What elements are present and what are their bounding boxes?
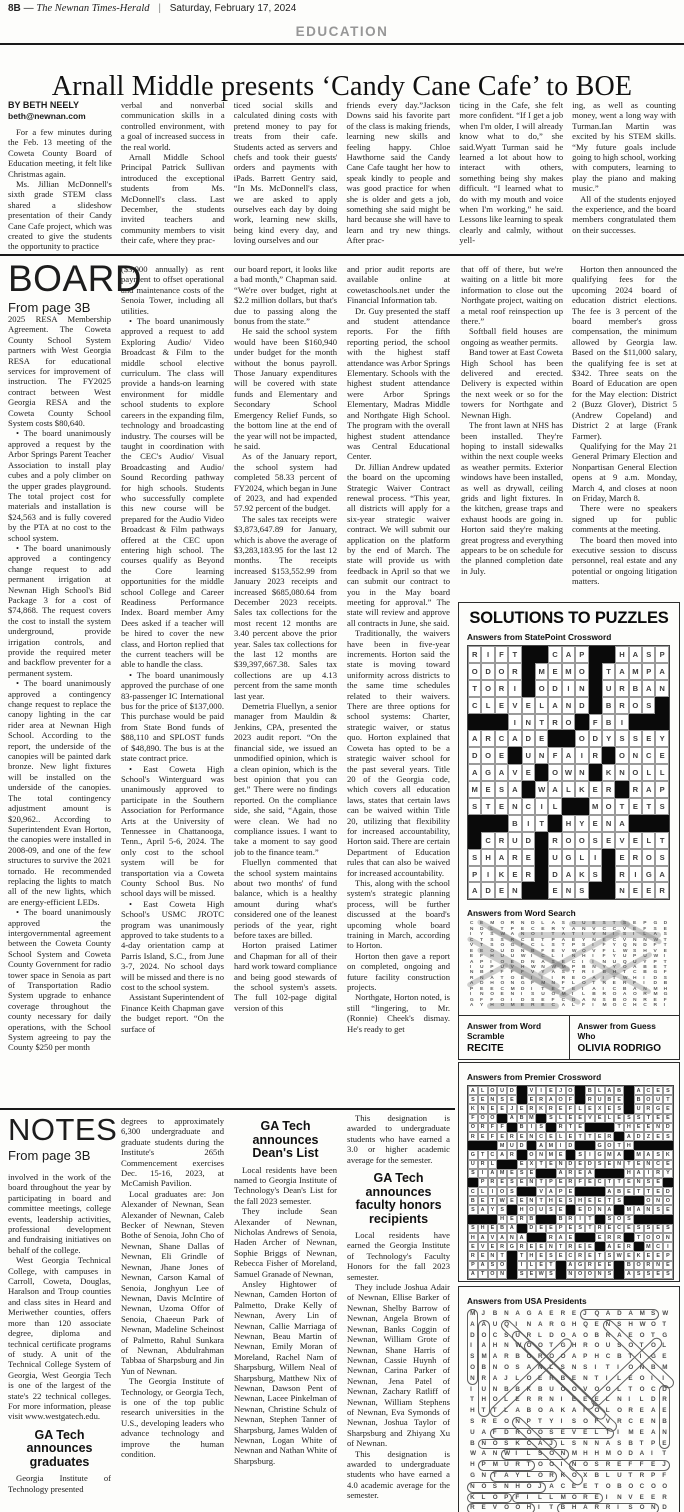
crossword-cell: B bbox=[614, 1187, 624, 1196]
crossword-cell bbox=[517, 1224, 527, 1233]
crossword-cell: N bbox=[653, 1196, 663, 1205]
crossword-cell: S bbox=[644, 1224, 654, 1233]
crossword-cell bbox=[585, 1233, 595, 1242]
crossword-cell: O bbox=[488, 1270, 498, 1279]
crossword-cell: E bbox=[527, 1095, 537, 1104]
wordsearch-letter: H bbox=[515, 1482, 520, 1493]
crossword-cell: O bbox=[497, 1261, 507, 1270]
crossword-cell: I bbox=[575, 747, 588, 764]
crossword-cell bbox=[507, 1270, 517, 1279]
wordsearch-letter: B bbox=[493, 1309, 498, 1320]
crossword-cell: E bbox=[497, 1132, 507, 1141]
wordsearch-letter: N bbox=[470, 1374, 475, 1385]
crossword-cell: G bbox=[595, 1141, 605, 1150]
wordsearch-letter: A bbox=[572, 1352, 577, 1363]
crossword-cell: B bbox=[629, 680, 642, 697]
crossword-cell: E bbox=[585, 1242, 595, 1251]
crossword-cell: E bbox=[595, 1132, 605, 1141]
wordsearch-letter: C bbox=[527, 1439, 532, 1450]
crossword-cell: Y bbox=[655, 730, 668, 747]
wordsearch-letter: I bbox=[561, 1395, 563, 1406]
wordsearch-letter: V bbox=[572, 1428, 576, 1439]
wordsearch-letter: C bbox=[640, 1482, 645, 1493]
crossword-cell: I bbox=[535, 798, 548, 815]
crossword-cell bbox=[655, 714, 668, 731]
crossword-cell: I bbox=[508, 680, 521, 697]
crossword-cell: G bbox=[507, 1242, 517, 1251]
crossword-cell: N bbox=[556, 1160, 566, 1169]
crossword-cell: E bbox=[595, 1114, 605, 1123]
wordsearch-letter: E bbox=[594, 1493, 598, 1504]
wordsearch-letter: S bbox=[549, 1428, 553, 1439]
wordsearch-letter: A bbox=[481, 1449, 486, 1460]
wordsearch-letter: H bbox=[470, 1406, 475, 1417]
wordsearch-letter: N bbox=[481, 1471, 486, 1482]
crossword-cell: M bbox=[546, 1141, 556, 1150]
crossword-cell: B bbox=[624, 1261, 634, 1270]
crossword-cell: A bbox=[478, 1261, 488, 1270]
wordsearch-letter: S bbox=[594, 1460, 598, 1471]
wordsearch-answer-grid: CEMORNDLASGUESTSEPGDNDLTPECERYANVCCVEFSE… bbox=[467, 921, 671, 1008]
crossword-cell: G bbox=[595, 1150, 605, 1159]
paragraph: The front lawn at NHS has been installed… bbox=[461, 420, 563, 576]
crossword-cell: R bbox=[566, 1178, 576, 1187]
crossword-cell: E bbox=[629, 798, 642, 815]
wordsearch-letter: S bbox=[504, 1331, 508, 1342]
wordsearch-letter: R bbox=[470, 1503, 475, 1512]
crossword-cell: C bbox=[481, 832, 494, 849]
crossword-cell bbox=[634, 1141, 644, 1150]
crossword-cell: U bbox=[497, 1086, 507, 1095]
crossword-cell: E bbox=[527, 1270, 537, 1279]
crossword-cell: T bbox=[614, 1123, 624, 1132]
board-column-6: Horton then announced the qualifying fee… bbox=[572, 264, 677, 600]
article-column-2: verbal and nonverbal communication skill… bbox=[121, 100, 225, 253]
crossword-cell: U bbox=[548, 849, 561, 866]
crossword-cell bbox=[575, 1095, 585, 1104]
wordsearch-letter: N bbox=[493, 1363, 498, 1374]
main-article: BY BETH NEELY beth@newnan.com For a few … bbox=[8, 100, 676, 253]
wordsearch-letter: B bbox=[617, 1482, 622, 1493]
crossword-cell: L bbox=[481, 697, 494, 714]
crossword-cell bbox=[624, 1150, 634, 1159]
wordsearch-letter: U bbox=[617, 1471, 622, 1482]
crossword-cell bbox=[508, 747, 521, 764]
wordsearch-letter: D bbox=[470, 1331, 475, 1342]
paragraph: Local residents have been named to Georg… bbox=[234, 1165, 337, 1207]
wordsearch-letter: R bbox=[594, 1503, 599, 1512]
crossword-cell: S bbox=[614, 1104, 624, 1113]
wordsearch-letter: M bbox=[640, 1309, 645, 1320]
wordsearch-letter: H bbox=[493, 1341, 498, 1352]
paragraph: Dr. Guy presented the staff and student … bbox=[347, 306, 450, 462]
wordsearch-letter: E bbox=[493, 1417, 497, 1428]
crossword-cell: E bbox=[595, 1196, 605, 1205]
crossword-cell: T bbox=[517, 1251, 527, 1260]
wordsearch-letter: A bbox=[572, 1331, 577, 1342]
crossword-cell: E bbox=[655, 747, 668, 764]
paragraph: ticed social skills and calculated dinin… bbox=[234, 100, 338, 246]
crossword-cell: A bbox=[585, 1169, 595, 1178]
crossword-cell: C bbox=[488, 1150, 498, 1159]
crossword-cell: S bbox=[546, 1114, 556, 1123]
wordsearch-letter: O bbox=[594, 1341, 599, 1352]
masthead: 8B — The Newnan Times-Herald | Saturday,… bbox=[8, 3, 676, 18]
crossword-cell: O bbox=[556, 1095, 566, 1104]
crossword-cell: S bbox=[507, 1178, 517, 1187]
crossword-cell: O bbox=[535, 680, 548, 697]
crossword-cell: N bbox=[644, 1160, 654, 1169]
crossword-cell: O bbox=[602, 798, 615, 815]
crossword-cell: R bbox=[508, 849, 521, 866]
crossword-cell: E bbox=[478, 1196, 488, 1205]
crossword-cell: J bbox=[507, 1104, 517, 1113]
paragraph: They include Sean Alexander of Newnan, N… bbox=[234, 1206, 337, 1279]
byline-author: BY BETH NEELY bbox=[8, 100, 112, 111]
wordsearch-letter: L bbox=[481, 1493, 485, 1504]
guess-who-cell: Answer from Guess Who OLIVIA RODRIGO bbox=[569, 1016, 680, 1060]
crossword-cell: R bbox=[629, 781, 642, 798]
wordsearch-letter: S bbox=[561, 1363, 565, 1374]
crossword-cell: N bbox=[595, 1270, 605, 1279]
paper-name: The Newnan Times-Herald bbox=[36, 3, 149, 14]
wordsearch-letter: T bbox=[549, 1341, 553, 1352]
crossword-cell: L bbox=[642, 764, 655, 781]
wordsearch-letter: A bbox=[640, 1449, 645, 1460]
wordsearch-letter: N bbox=[493, 1449, 498, 1460]
crossword-cell: N bbox=[653, 1261, 663, 1270]
wordsearch-letter: O bbox=[613, 1003, 617, 1008]
wordsearch-letter: G bbox=[561, 1341, 566, 1352]
crossword-cell: O bbox=[575, 663, 588, 680]
wordsearch-letter: N bbox=[572, 1460, 577, 1471]
wordsearch-letter: L bbox=[549, 1493, 553, 1504]
crossword-cell: R bbox=[508, 663, 521, 680]
presidents-box: Answers from USA Presidents MJBNAGAEREJQ… bbox=[458, 1286, 680, 1512]
crossword-cell: T bbox=[655, 832, 668, 849]
crossword-cell bbox=[653, 1141, 663, 1150]
crossword-cell: N bbox=[535, 747, 548, 764]
crossword-cell bbox=[624, 1104, 634, 1113]
crossword-cell: R bbox=[566, 1242, 576, 1251]
crossword-cell: E bbox=[653, 1178, 663, 1187]
premier-box: Answers from Premier Crossword ALOUDVIEJ… bbox=[458, 1062, 680, 1282]
crossword-cell: K bbox=[468, 1104, 478, 1113]
wordsearch-letter: E bbox=[481, 1503, 485, 1512]
crossword-cell: R bbox=[575, 1251, 585, 1260]
wordsearch-letter: G bbox=[561, 1320, 566, 1331]
wordsearch-letter: X bbox=[583, 1471, 587, 1482]
crossword-cell: V bbox=[536, 1187, 546, 1196]
paragraph: ($3,000 annually) as rent payment to off… bbox=[121, 264, 224, 316]
wordsearch-letter: I bbox=[470, 1385, 472, 1396]
paragraph: • The board unanimously approved a reque… bbox=[8, 428, 111, 542]
wordsearch-letter: P bbox=[481, 1460, 485, 1471]
crossword-cell: E bbox=[478, 1132, 488, 1141]
crossword-cell: E bbox=[536, 1251, 546, 1260]
paragraph: Dr. Jillian Andrew updated the board on … bbox=[347, 462, 450, 629]
crossword-cell: A bbox=[546, 1187, 556, 1196]
crossword-cell bbox=[546, 1123, 556, 1132]
crossword-cell bbox=[629, 714, 642, 731]
crossword-cell: S bbox=[663, 1224, 673, 1233]
crossword-cell: S bbox=[546, 1270, 556, 1279]
crossword-cell: N bbox=[488, 1251, 498, 1260]
presidents-label: Answers from USA Presidents bbox=[467, 1296, 671, 1306]
crossword-cell: A bbox=[566, 1261, 576, 1270]
wordsearch-letter: N bbox=[527, 1320, 532, 1331]
wordsearch-letter: T bbox=[628, 1352, 632, 1363]
wordsearch-letter: I bbox=[651, 1374, 653, 1385]
crossword-cell: N bbox=[575, 764, 588, 781]
crossword-cell: P bbox=[468, 1261, 478, 1270]
crossword-cell: C bbox=[595, 1178, 605, 1187]
wordsearch-letter: A bbox=[651, 1406, 656, 1417]
crossword-cell: S bbox=[575, 1150, 585, 1159]
wordsearch-letter: R bbox=[583, 1341, 588, 1352]
wordsearch-letter: L bbox=[572, 1003, 575, 1008]
wordsearch-letter: V bbox=[606, 1417, 610, 1428]
wordsearch-letter: T bbox=[527, 1460, 531, 1471]
crossword-cell: A bbox=[507, 1224, 517, 1233]
crossword-cell bbox=[536, 1233, 546, 1242]
crossword-cell: B bbox=[508, 815, 521, 832]
crossword-cell bbox=[536, 1215, 546, 1224]
crossword-cell: R bbox=[624, 1242, 634, 1251]
crossword-cell: T bbox=[566, 1123, 576, 1132]
wordsearch-letter: L bbox=[606, 1395, 610, 1406]
wordsearch-letter: A bbox=[504, 1471, 509, 1482]
crossword-cell: E bbox=[495, 697, 508, 714]
wordsearch-letter: R bbox=[628, 1406, 633, 1417]
crossword-cell: O bbox=[481, 680, 494, 697]
crossword-cell: T bbox=[614, 1141, 624, 1150]
presidents-answer-grid: MJBNAGAEREJQADAMSWAAUQINARGHQENSHWOTDOCS… bbox=[467, 1309, 670, 1512]
wordsearch-letter: G bbox=[470, 1471, 475, 1482]
wordsearch-letter: A bbox=[606, 1309, 611, 1320]
crossword-cell: A bbox=[495, 849, 508, 866]
crossword-cell bbox=[653, 1215, 663, 1224]
crossword-cell: T bbox=[478, 1270, 488, 1279]
wordsearch-letter: E bbox=[640, 1493, 644, 1504]
crossword-cell: C bbox=[495, 730, 508, 747]
paragraph: Softball field houses are ongoing as wea… bbox=[461, 326, 563, 347]
crossword-cell: G bbox=[653, 1104, 663, 1113]
crossword-cell: R bbox=[507, 1132, 517, 1141]
crossword-cell: O bbox=[495, 663, 508, 680]
wordsearch-letter: A bbox=[493, 1374, 498, 1385]
wordsearch-letter: A bbox=[493, 1352, 498, 1363]
crossword-cell: D bbox=[575, 697, 588, 714]
wordsearch-letter: B bbox=[561, 1503, 566, 1512]
crossword-cell: C bbox=[468, 1187, 478, 1196]
crossword-cell: M bbox=[605, 1150, 615, 1159]
crossword-cell: R bbox=[595, 1224, 605, 1233]
notes-from-page: From page 3B bbox=[8, 1148, 117, 1163]
crossword-cell: E bbox=[629, 882, 642, 899]
wordsearch-letter: T bbox=[481, 1406, 485, 1417]
crossword-cell: M bbox=[644, 1242, 654, 1251]
crossword-cell: O bbox=[644, 1233, 654, 1242]
crossword-cell bbox=[497, 1114, 507, 1123]
crossword-cell: E bbox=[624, 1178, 634, 1187]
crossword-cell: O bbox=[488, 1114, 498, 1123]
wordsearch-letter: E bbox=[572, 1395, 576, 1406]
crossword-cell: F bbox=[488, 1132, 498, 1141]
wordsearch-letter: N bbox=[606, 1320, 611, 1331]
crossword-cell: K bbox=[536, 1104, 546, 1113]
crossword-cell: T bbox=[468, 680, 481, 697]
wordsearch-letter: A bbox=[617, 1331, 622, 1342]
paragraph: West Georgia Technical College, with cam… bbox=[8, 1255, 111, 1422]
wordsearch-letter: R bbox=[606, 1460, 611, 1471]
crossword-cell: E bbox=[566, 1233, 576, 1242]
wordsearch-letter: U bbox=[504, 1460, 509, 1471]
crossword-cell: A bbox=[556, 1169, 566, 1178]
crossword-cell: A bbox=[605, 1242, 615, 1251]
crossword-cell: S bbox=[655, 849, 668, 866]
wordsearch-letter: F bbox=[640, 1460, 644, 1471]
crossword-cell: A bbox=[642, 781, 655, 798]
wordsearch-letter: M bbox=[470, 1309, 475, 1320]
crossword-cell: E bbox=[642, 730, 655, 747]
wordsearch-letter: O bbox=[640, 1374, 645, 1385]
wordsearch-letter: L bbox=[594, 1428, 598, 1439]
wordsearch-letter: R bbox=[606, 1503, 611, 1512]
article-subhead: GA Tech announces faculty honors recipie… bbox=[347, 1172, 450, 1226]
crossword-cell: D bbox=[566, 1141, 576, 1150]
wordsearch-letter: A bbox=[549, 1482, 554, 1493]
wordsearch-letter: O bbox=[527, 1374, 532, 1385]
crossword-cell: E bbox=[481, 781, 494, 798]
crossword-cell bbox=[629, 815, 642, 832]
crossword-cell: M bbox=[546, 1150, 556, 1159]
wordsearch-letter: N bbox=[504, 1482, 509, 1493]
wordsearch-letter: O bbox=[527, 1482, 532, 1493]
crossword-cell bbox=[535, 882, 548, 899]
guess-who-answer: OLIVIA RODRIGO bbox=[578, 1043, 672, 1054]
crossword-cell: O bbox=[566, 1086, 576, 1095]
crossword-cell bbox=[562, 798, 575, 815]
crossword-cell: B bbox=[497, 1224, 507, 1233]
crossword-cell: S bbox=[644, 1270, 654, 1279]
crossword-cell bbox=[546, 1215, 556, 1224]
crossword-cell: N bbox=[536, 1150, 546, 1159]
crossword-cell: O bbox=[575, 832, 588, 849]
crossword-cell: V bbox=[527, 1086, 537, 1095]
wordsearch-letter: B bbox=[561, 1374, 566, 1385]
crossword-cell bbox=[468, 1215, 478, 1224]
crossword-cell: E bbox=[556, 1205, 566, 1214]
crossword-cell: I bbox=[629, 866, 642, 883]
crossword-cell: M bbox=[629, 663, 642, 680]
wordsearch-letter: P bbox=[651, 1439, 655, 1450]
wordsearch-letter: O bbox=[481, 1331, 486, 1342]
crossword-cell: L bbox=[575, 1104, 585, 1113]
crossword-cell: S bbox=[517, 1270, 527, 1279]
crossword-cell: O bbox=[663, 1196, 673, 1205]
crossword-cell: H bbox=[615, 646, 628, 663]
crossword-cell: D bbox=[589, 730, 602, 747]
wordsearch-letter: O bbox=[640, 1503, 645, 1512]
wordsearch-letter: O bbox=[583, 1460, 588, 1471]
wordsearch-letter: U bbox=[515, 1331, 520, 1342]
crossword-cell: E bbox=[624, 1251, 634, 1260]
crossword-cell: U bbox=[653, 1095, 663, 1104]
crossword-cell: I bbox=[527, 1123, 537, 1132]
crossword-cell: E bbox=[507, 1196, 517, 1205]
crossword-cell: P bbox=[468, 866, 481, 883]
paragraph: • The board unanimously approved a conti… bbox=[8, 543, 111, 678]
crossword-cell: E bbox=[527, 1242, 537, 1251]
wordsearch-letter: L bbox=[606, 1471, 610, 1482]
crossword-cell: F bbox=[566, 1104, 576, 1113]
crossword-cell: O bbox=[575, 730, 588, 747]
crossword-cell: F bbox=[548, 747, 561, 764]
wordsearch-letter: T bbox=[470, 1395, 474, 1406]
crossword-cell bbox=[575, 714, 588, 731]
crossword-cell: A bbox=[507, 1114, 517, 1123]
crossword-cell: L bbox=[562, 781, 575, 798]
paragraph: The board then moved into executive sess… bbox=[572, 535, 677, 587]
wordsearch-letter: O bbox=[594, 1385, 599, 1396]
crossword-cell: E bbox=[589, 815, 602, 832]
wordsearch-letter: E bbox=[640, 1406, 644, 1417]
crossword-cell: O bbox=[527, 1150, 537, 1159]
wordsearch-letter: H bbox=[572, 1320, 577, 1331]
crossword-cell: H bbox=[546, 1196, 556, 1205]
paragraph: and prior audit reports are available on… bbox=[347, 264, 450, 306]
wordsearch-letter: E bbox=[640, 1428, 644, 1439]
crossword-cell: R bbox=[536, 1095, 546, 1104]
crossword-cell bbox=[478, 1215, 488, 1224]
paragraph: Qualifying for the May 21 General Primar… bbox=[572, 441, 677, 503]
wordsearch-letter: C bbox=[643, 1003, 647, 1008]
crossword-cell: M bbox=[468, 781, 481, 798]
wordsearch-letter: T bbox=[606, 1363, 610, 1374]
crossword-cell bbox=[517, 1086, 527, 1095]
wordsearch-letter: O bbox=[628, 1482, 633, 1493]
crossword-cell bbox=[585, 1123, 595, 1132]
crossword-cell: P bbox=[556, 1187, 566, 1196]
crossword-cell: S bbox=[629, 730, 642, 747]
crossword-cell: E bbox=[585, 1104, 595, 1113]
paragraph: Ansley Hightower of Newnan, Camden Horto… bbox=[234, 1279, 337, 1466]
wordsearch-letter: O bbox=[470, 1363, 475, 1374]
crossword-cell: L bbox=[478, 1086, 488, 1095]
wordsearch-letter: R bbox=[538, 1395, 543, 1406]
wordsearch-letter: E bbox=[628, 1331, 632, 1342]
crossword-cell: R bbox=[602, 781, 615, 798]
wordsearch-letter: U bbox=[606, 1341, 611, 1352]
wordsearch-letter: I bbox=[515, 1320, 517, 1331]
crossword-cell: A bbox=[642, 680, 655, 697]
wordsearch-letter: I bbox=[538, 1503, 540, 1512]
crossword-cell: L bbox=[642, 832, 655, 849]
wordsearch-letter: E bbox=[572, 1482, 576, 1493]
crossword-cell: E bbox=[595, 1261, 605, 1270]
wordsearch-letter: O bbox=[504, 1503, 509, 1512]
crossword-cell bbox=[624, 1095, 634, 1104]
crossword-cell: R bbox=[478, 1123, 488, 1132]
crossword-cell: L bbox=[478, 1187, 488, 1196]
crossword-cell: T bbox=[642, 798, 655, 815]
paragraph: Assistant Superintendent of Finance Keit… bbox=[121, 992, 224, 1034]
wordsearch-letter: N bbox=[651, 1417, 656, 1428]
crossword-cell: B bbox=[517, 1123, 527, 1132]
crossword-cell: K bbox=[634, 1251, 644, 1260]
crossword-cell: N bbox=[602, 815, 615, 832]
